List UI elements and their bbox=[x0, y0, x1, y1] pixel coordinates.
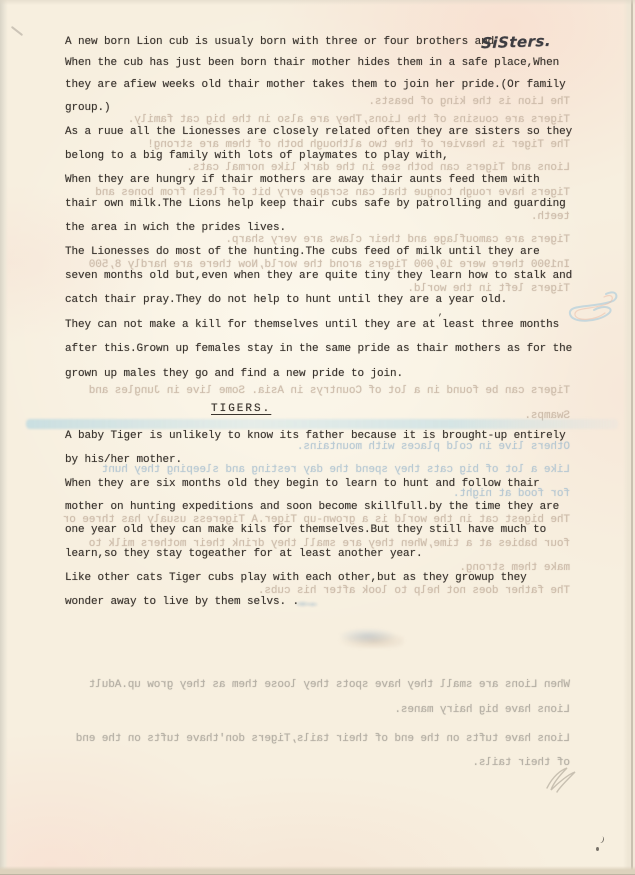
paper-edge-right bbox=[623, 0, 635, 875]
typed-line: learn,so they stay togeather for at leas… bbox=[65, 548, 577, 561]
typed-line: belong to a big family with lots of play… bbox=[65, 150, 577, 163]
bleedthrough-line: Tigers are cousins of the Lions,They are… bbox=[64, 114, 570, 126]
typed-line: The Lionesses do most of the hunting.The… bbox=[65, 246, 577, 259]
pencil-scribble bbox=[541, 758, 587, 798]
paper-edge-bottom bbox=[0, 866, 635, 875]
typed-line: group.) bbox=[65, 102, 577, 115]
typed-line: When they are hungry if thair mothers ar… bbox=[65, 174, 577, 187]
faint-blue-smudge bbox=[296, 600, 318, 608]
bleedthrough-line: Lions have tufts on the end of their tai… bbox=[64, 733, 570, 745]
typed-line: When they are six months old they begin … bbox=[65, 478, 577, 491]
stray-pen-mark: ’ bbox=[437, 314, 443, 325]
bleedthrough-line: Lions have big hairy manes. bbox=[64, 704, 570, 716]
blue-ink-doodle bbox=[560, 284, 624, 336]
typed-line: they are afiew weeks old thair mother ta… bbox=[65, 79, 577, 92]
typed-line: As a ruue all the Lionesses are closely … bbox=[65, 126, 577, 139]
typed-line: mother on hunting expeditions and soon b… bbox=[65, 501, 577, 514]
bleedthrough-line: of their tails. bbox=[64, 757, 570, 769]
eraser-smudge bbox=[338, 628, 404, 648]
bleedthrough-line: When Lions are small they have spots the… bbox=[64, 679, 570, 691]
typed-line: When the cub has just been born thair mo… bbox=[65, 57, 577, 70]
typed-line: catch thair pray.They do not help to hun… bbox=[65, 294, 577, 307]
bleedthrough-line: Tigers are camouflage and their claws ar… bbox=[64, 234, 570, 246]
typed-line: grown up males they go and find a new pr… bbox=[65, 368, 577, 381]
corner-pencil-mark bbox=[11, 26, 23, 36]
bleedthrough-line: Lions and Tigers can both see in the dar… bbox=[64, 162, 570, 174]
handwritten-sisters-annotation: SiSters. bbox=[481, 32, 552, 52]
typed-line: wonder away to live by them selvs. . bbox=[65, 596, 577, 609]
typed-line: A baby Tiger is unlikely to know its fat… bbox=[65, 430, 577, 443]
bleedthrough-line: Tigers can be found in a lot of Countrys… bbox=[64, 385, 570, 397]
ink-dot bbox=[596, 847, 599, 851]
paper-edge-left bbox=[0, 0, 8, 875]
typed-line: one year old they can make kils for them… bbox=[65, 524, 577, 537]
typed-line: seven months old but,even when they are … bbox=[65, 270, 577, 283]
typed-line: TIGERS. bbox=[65, 403, 635, 416]
scanned-paper-page: The Lion is the king of beasts.Tigers ar… bbox=[0, 0, 635, 875]
typed-line: Like other cats Tiger cubs play with eac… bbox=[65, 572, 577, 585]
typed-line: thair own milk.The Lions help keep thair… bbox=[65, 198, 577, 211]
typed-line: after this.Grown up females stay in the … bbox=[65, 343, 577, 356]
typed-line: by his/her mother. bbox=[65, 454, 577, 467]
typed-line: the area in wich the prides lives. bbox=[65, 222, 577, 235]
paper-edge-top bbox=[0, 0, 635, 5]
typed-line: They can not make a kill for themselves … bbox=[65, 319, 577, 332]
ink-fleck bbox=[597, 835, 605, 844]
